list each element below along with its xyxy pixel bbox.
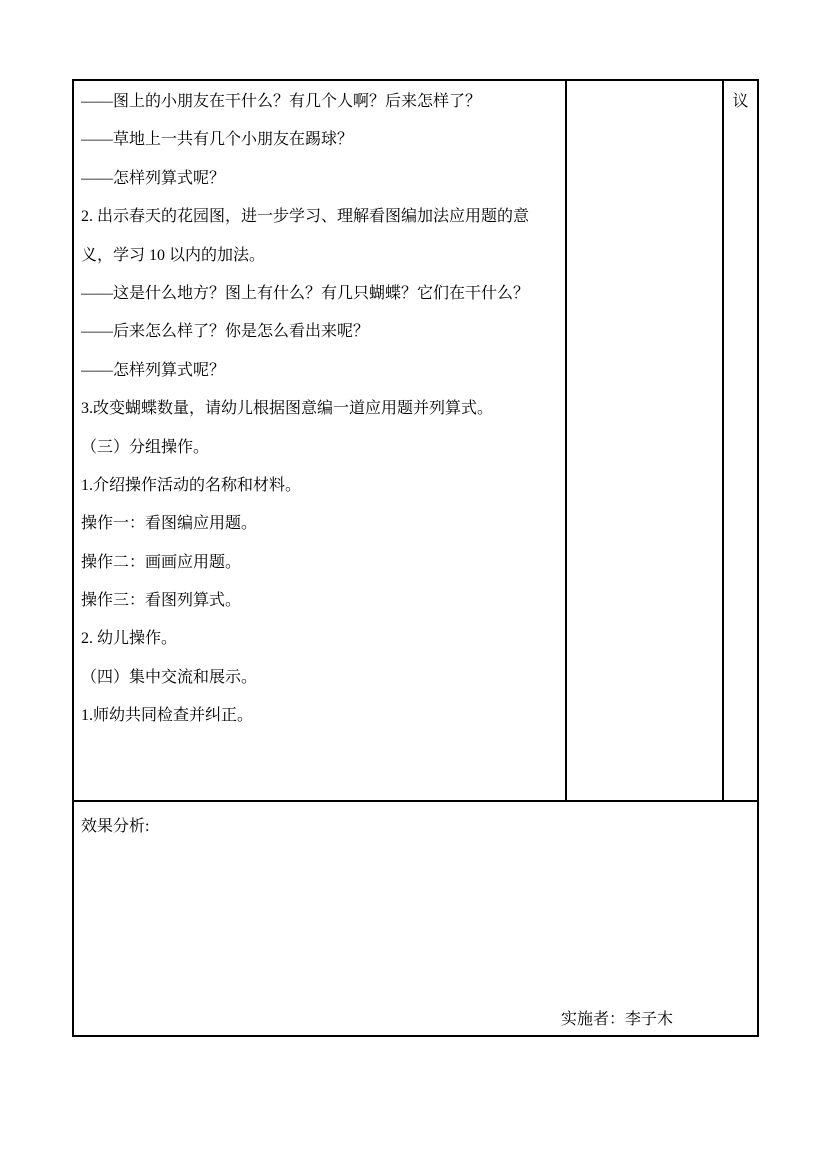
- teaching-process-row: ——图上的小朋友在干什么？有几个人啊？后来怎样了？——草地上一共有几个小朋友在踢…: [73, 80, 758, 801]
- text-line: 1.介绍操作活动的名称和材料。: [81, 467, 561, 505]
- text-line: 操作三：看图列算式。: [81, 582, 561, 620]
- text-line: 义，学习 10 以内的加法。: [81, 237, 561, 275]
- text-line: ——这是什么地方？图上有什么？有几只蝴蝶？它们在干什么？: [81, 275, 561, 313]
- text-line: ——怎样列算式呢？: [81, 160, 561, 198]
- text-line: （四）集中交流和展示。: [81, 659, 561, 697]
- effect-analysis-cell: 效果分析: 实施者：李子木: [73, 801, 758, 1036]
- text-line: 3.改变蝴蝶数量，请幼儿根据图意编一道应用题并列算式。: [81, 390, 561, 428]
- document-page: ——图上的小朋友在干什么？有几个人啊？后来怎样了？——草地上一共有几个小朋友在踢…: [0, 0, 827, 1170]
- effect-analysis-heading: 效果分析:: [81, 808, 753, 846]
- lesson-plan-table: ——图上的小朋友在干什么？有几个人啊？后来怎样了？——草地上一共有几个小朋友在踢…: [72, 79, 759, 1037]
- text-line: ——草地上一共有几个小朋友在踢球？: [81, 121, 561, 159]
- side-column-cell: 议: [723, 80, 758, 801]
- text-line: 操作二：画画应用题。: [81, 544, 561, 582]
- text-line: ——图上的小朋友在干什么？有几个人啊？后来怎样了？: [81, 83, 561, 121]
- implementer-signature: 实施者：李子木: [561, 1010, 673, 1030]
- text-line: 操作一：看图编应用题。: [81, 505, 561, 543]
- text-line: ——怎样列算式呢？: [81, 352, 561, 390]
- text-line: 2. 出示春天的花园图，进一步学习、理解看图编加法应用题的意: [81, 198, 561, 236]
- text-line: 1.师幼共同检查并纠正。: [81, 697, 561, 735]
- text-line: （三）分组操作。: [81, 429, 561, 467]
- text-line: ——后来怎么样了？你是怎么看出来呢？: [81, 313, 561, 351]
- side-column-label: 议: [724, 83, 757, 121]
- effect-analysis-row: 效果分析: 实施者：李子木: [73, 801, 758, 1036]
- text-line: 2. 幼儿操作。: [81, 620, 561, 658]
- notes-cell: [566, 80, 723, 801]
- teaching-process-cell: ——图上的小朋友在干什么？有几个人啊？后来怎样了？——草地上一共有几个小朋友在踢…: [73, 80, 566, 801]
